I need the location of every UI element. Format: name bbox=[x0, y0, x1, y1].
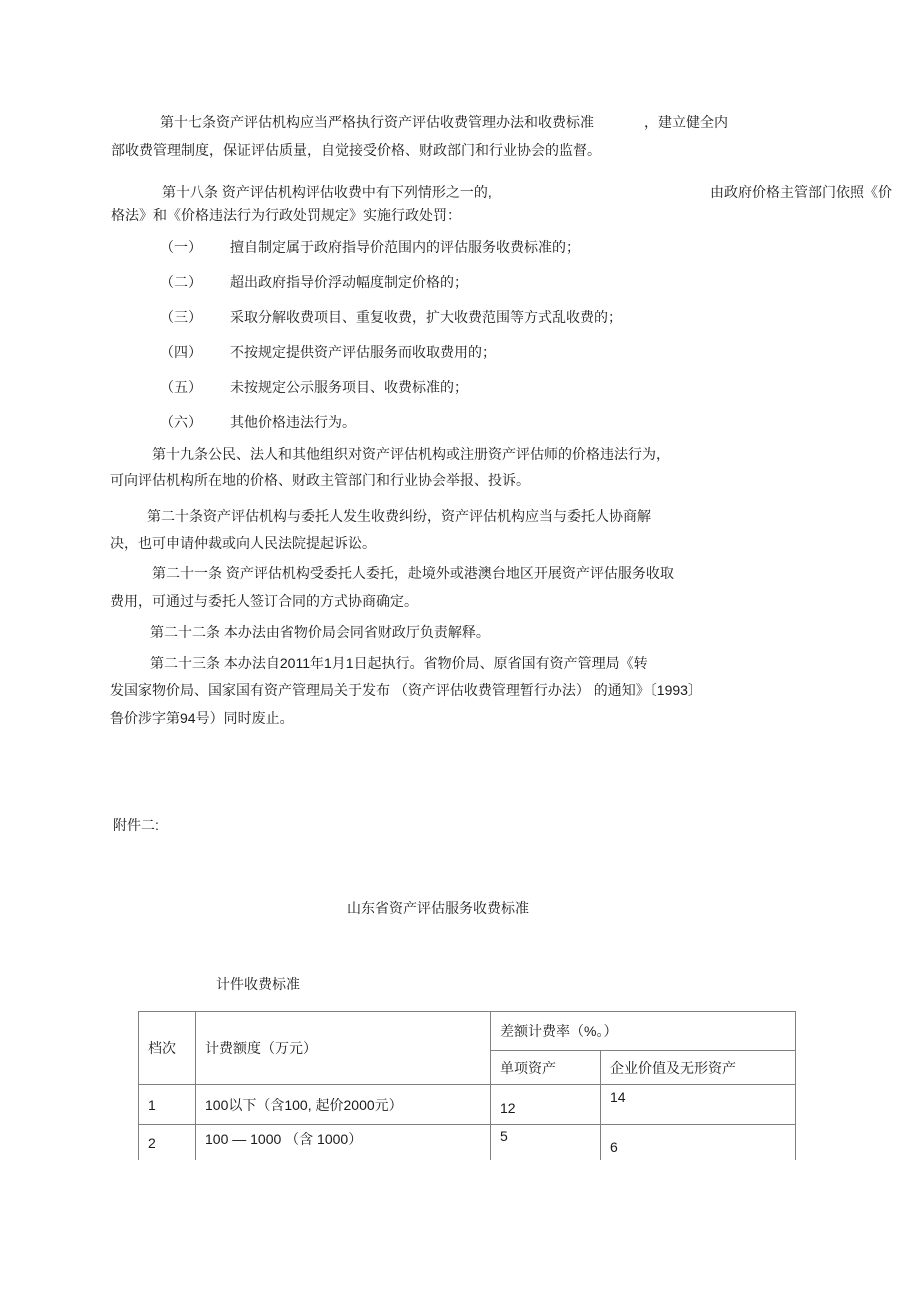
document-page: 第十七条资产评估机构应当严格执行资产评估收费管理办法和收费标准 ，建立健全内 部… bbox=[0, 0, 920, 1303]
fee-table-header-grade: 档次 bbox=[139, 1012, 196, 1085]
fee-table-cell-grade: 1 bbox=[139, 1085, 196, 1125]
fee-table-container: 档次 计费额度（万元） 差额计费率（%。） 单项资产 企业价值及无形资产 1 1… bbox=[138, 1011, 799, 1160]
clause-17-tail: ，建立健全内 bbox=[644, 112, 728, 132]
clause-21-line-1: 第二十一条 资产评估机构受委托人委托，赴境外或港澳台地区开展资产评估服务收取 bbox=[152, 563, 674, 583]
fee-table-cell-amount: 100 — 1000 （含 1000） bbox=[196, 1125, 491, 1161]
list-item-3-text: 采取分解收费项目、重复收费，扩大收费范围等方式乱收费的； bbox=[230, 309, 622, 325]
list-item-5-text: 未按规定公示服务项目、收费标准的； bbox=[230, 379, 468, 395]
fee-table-cell-enterprise: 14 bbox=[601, 1085, 796, 1125]
fee-table-header-single-asset: 单项资产 bbox=[491, 1051, 601, 1085]
list-item-1-label: （一） bbox=[160, 239, 202, 255]
clause-17-text: 第十七条资产评估机构应当严格执行资产评估收费管理办法和收费标准 bbox=[160, 112, 594, 132]
fee-table-header-amount: 计费额度（万元） bbox=[196, 1012, 491, 1085]
list-item-4-label: （四） bbox=[160, 344, 202, 360]
list-item-1: （一）擅自制定属于政府指导价范围内的评估服务收费标准的； bbox=[160, 237, 580, 257]
clause-20-line-1: 第二十条资产评估机构与委托人发生收费纠纷，资产评估机构应当与委托人协商解 bbox=[147, 506, 651, 526]
fee-table-header-enterprise-value: 企业价值及无形资产 bbox=[601, 1051, 796, 1085]
clause-22-line-1: 第二十二条 本办法由省物价局会同省财政厅负责解释。 bbox=[150, 622, 490, 642]
fee-table-cell-grade: 2 bbox=[139, 1125, 196, 1161]
fee-table-cell-amount: 100以下（含100, 起价2000元） bbox=[196, 1085, 491, 1125]
clause-21-line-2: 费用，可通过与委托人签订合同的方式协商确定。 bbox=[110, 591, 418, 611]
clause-23-line-1: 第二十三条 本办法自2011年1月1日起执行。省物价局、原省国有资产管理局《转 bbox=[150, 653, 648, 673]
section-subtitle: 计件收费标准 bbox=[216, 974, 300, 994]
clause-23-line-2: 发国家物价局、国家国有资产管理局关于发布 （资产评估收费管理暂行办法） 的通知》… bbox=[110, 680, 702, 700]
list-item-4: （四）不按规定提供资产评估服务而收取费用的； bbox=[160, 342, 496, 362]
clause-17-line-1: 第十七条资产评估机构应当严格执行资产评估收费管理办法和收费标准 ，建立健全内 bbox=[160, 112, 728, 132]
clause-19-line-1: 第十九条公民、法人和其他组织对资产评估机构或注册资产评估师的价格违法行为， bbox=[152, 444, 670, 464]
list-item-3-label: （三） bbox=[160, 309, 202, 325]
list-item-5-label: （五） bbox=[160, 379, 202, 395]
list-item-2-text: 超出政府指导价浮动幅度制定价格的； bbox=[230, 274, 468, 290]
list-item-2-label: （二） bbox=[160, 274, 202, 290]
list-item-3: （三）采取分解收费项目、重复收费，扩大收费范围等方式乱收费的； bbox=[160, 307, 622, 327]
attachment-label: 附件二: bbox=[113, 815, 159, 835]
fee-table-cell-single: 12 bbox=[491, 1085, 601, 1125]
clause-18-line-2: 格法》和《价格违法行为行政处罚规定》实施行政处罚： bbox=[111, 205, 461, 225]
list-item-1-text: 擅自制定属于政府指导价范围内的评估服务收费标准的； bbox=[230, 239, 580, 255]
list-item-5: （五）未按规定公示服务项目、收费标准的； bbox=[160, 377, 468, 397]
fee-table-header-rate-group: 差额计费率（%。） bbox=[491, 1012, 796, 1051]
clause-20-line-2: 决，也可申请仲裁或向人民法院提起诉讼。 bbox=[110, 533, 376, 553]
list-item-4-text: 不按规定提供资产评估服务而收取费用的； bbox=[230, 344, 496, 360]
list-item-2: （二）超出政府指导价浮动幅度制定价格的； bbox=[160, 272, 468, 292]
list-item-6-label: （六） bbox=[160, 414, 202, 430]
fee-table-cell-enterprise: 6 bbox=[601, 1125, 796, 1161]
clause-23-line-3: 鲁价涉字第94号）同时废止。 bbox=[110, 708, 294, 728]
list-item-6-text: 其他价格违法行为。 bbox=[230, 414, 356, 430]
clause-18-text: 第十八条 资产评估机构评估收费中有下列情形之一的, bbox=[162, 182, 492, 202]
list-item-6: （六）其他价格违法行为。 bbox=[160, 412, 356, 432]
fee-table-cell-single: 5 bbox=[491, 1125, 601, 1161]
clause-18-tail: 由政府价格主管部门依照《价 bbox=[710, 182, 892, 202]
fee-table-row-2: 2 100 — 1000 （含 1000） 5 6 bbox=[139, 1125, 796, 1161]
section-title: 山东省资产评估服务收费标准 bbox=[0, 898, 876, 918]
clause-19-line-2: 可向评估机构所在地的价格、财政主管部门和行业协会举报、投诉。 bbox=[110, 470, 530, 490]
fee-table: 档次 计费额度（万元） 差额计费率（%。） 单项资产 企业价值及无形资产 1 1… bbox=[138, 1011, 796, 1160]
fee-table-row-1: 1 100以下（含100, 起价2000元） 12 14 bbox=[139, 1085, 796, 1125]
clause-17-line-2: 部收费管理制度，保证评估质量，自觉接受价格、财政部门和行业协会的监督。 bbox=[111, 140, 601, 160]
clause-18-line-1: 第十八条 资产评估机构评估收费中有下列情形之一的, 由政府价格主管部门依照《价 bbox=[162, 182, 892, 202]
